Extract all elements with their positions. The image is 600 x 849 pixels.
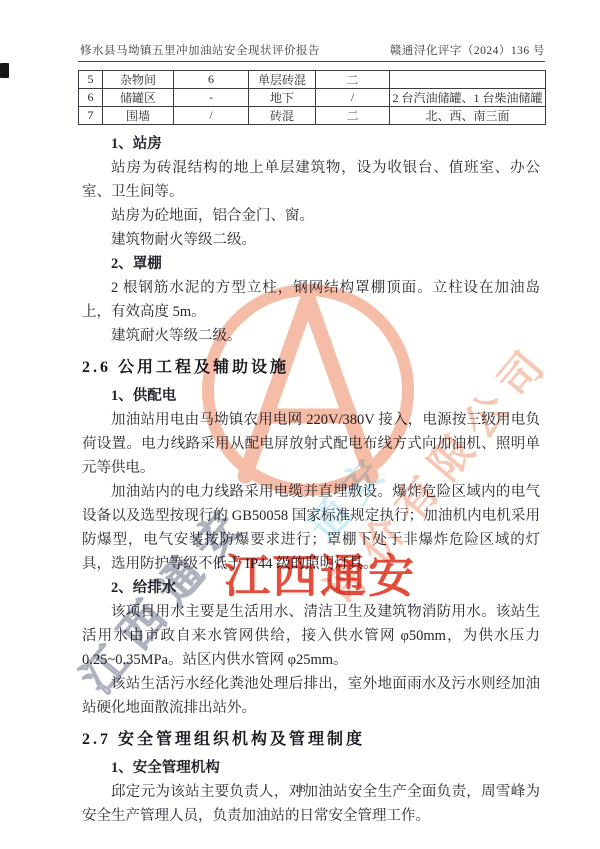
- table-row: 5杂物间6单层砖混二: [79, 71, 546, 89]
- body-paragraph: 该站生活污水经化粪池处理后排出，室外地面雨水及污水则经加油站硬化地面散流排出站外…: [82, 672, 540, 720]
- table-cell: 二: [316, 107, 390, 125]
- sub-heading: 2、给排水: [82, 576, 540, 600]
- table-cell: 2 台汽油储罐、1 台柴油储罐: [390, 89, 546, 107]
- table-cell: 砖混: [249, 107, 316, 125]
- header-report-title: 修水县马坳镇五里冲加油站安全现状评价报告: [80, 42, 320, 58]
- body-paragraph: 2 根钢筋水泥的方型立柱，钢网结构罩棚顶面。立柱设在加油岛上，有效高度 5m。: [82, 276, 540, 324]
- table-row: 7围墙/砖混二北、西、南三面: [79, 107, 546, 125]
- document-page: 修水县马坳镇五里冲加油站安全现状评价报告 赣通浔化评字（2024）136 号 5…: [0, 0, 600, 849]
- table-cell: 单层砖混: [249, 71, 316, 89]
- sub-heading: 1、安全管理机构: [82, 756, 540, 780]
- table-cell: 6: [174, 71, 249, 89]
- body-paragraph: 建筑物耐火等级二级。: [82, 228, 540, 252]
- table-cell: /: [316, 89, 390, 107]
- table-cell: 储罐区: [103, 89, 174, 107]
- spec-table-body: 5杂物间6单层砖混二6储罐区-地下/2 台汽油储罐、1 台柴油储罐7围墙/砖混二…: [79, 71, 546, 125]
- table-cell: [390, 71, 546, 89]
- header-doc-number: 赣通浔化评字（2024）136 号: [390, 42, 545, 58]
- sub-heading: 2、罩棚: [82, 252, 540, 276]
- sub-heading: 1、供配电: [82, 384, 540, 408]
- table-cell: 北、西、南三面: [390, 107, 546, 125]
- section-heading: 2.6 公用工程及辅助设施: [82, 355, 540, 381]
- spec-table: 5杂物间6单层砖混二6储罐区-地下/2 台汽油储罐、1 台柴油储罐7围墙/砖混二…: [78, 70, 546, 125]
- sub-heading: 1、站房: [82, 132, 540, 156]
- page-number: 18: [0, 783, 600, 795]
- table-cell: 围墙: [103, 107, 174, 125]
- page-header: 修水县马坳镇五里冲加油站安全现状评价报告 赣通浔化评字（2024）136 号: [80, 42, 545, 58]
- body-paragraph: 站房为砼地面，铝合金门、窗。: [82, 204, 540, 228]
- table-row: 6储罐区-地下/2 台汽油储罐、1 台柴油储罐: [79, 89, 546, 107]
- table-cell: 杂物间: [103, 71, 174, 89]
- body-paragraph: 站房为砖混结构的地上单层建筑物，设为收银台、值班室、办公室、卫生间等。: [82, 156, 540, 204]
- table-cell: 6: [79, 89, 103, 107]
- table-cell: /: [174, 107, 249, 125]
- header-rule: [78, 61, 545, 62]
- scan-artifact: [0, 63, 9, 78]
- table-cell: 7: [79, 107, 103, 125]
- body-paragraph: 建筑耐火等级二级。: [82, 324, 540, 348]
- body-paragraph: 该项目用水主要是生活用水、清洁卫生及建筑物消防用水。该站生活用水由市政自来水管网…: [82, 600, 540, 672]
- body-paragraph: 加油站用电由马坳镇农用电网 220V/380V 接入，电源按三级用电负荷设置。电…: [82, 408, 540, 480]
- table-cell: -: [174, 89, 249, 107]
- table-cell: 地下: [249, 89, 316, 107]
- table-cell: 5: [79, 71, 103, 89]
- table-cell: 二: [316, 71, 390, 89]
- body-paragraph: 加油站内的电力线路采用电缆并直埋敷设。爆炸危险区域内的电气设备以及选型按现行的 …: [82, 480, 540, 576]
- document-body: 1、站房站房为砖混结构的地上单层建筑物，设为收银台、值班室、办公室、卫生间等。站…: [82, 132, 540, 828]
- section-heading: 2.7 安全管理组织机构及管理制度: [82, 727, 540, 753]
